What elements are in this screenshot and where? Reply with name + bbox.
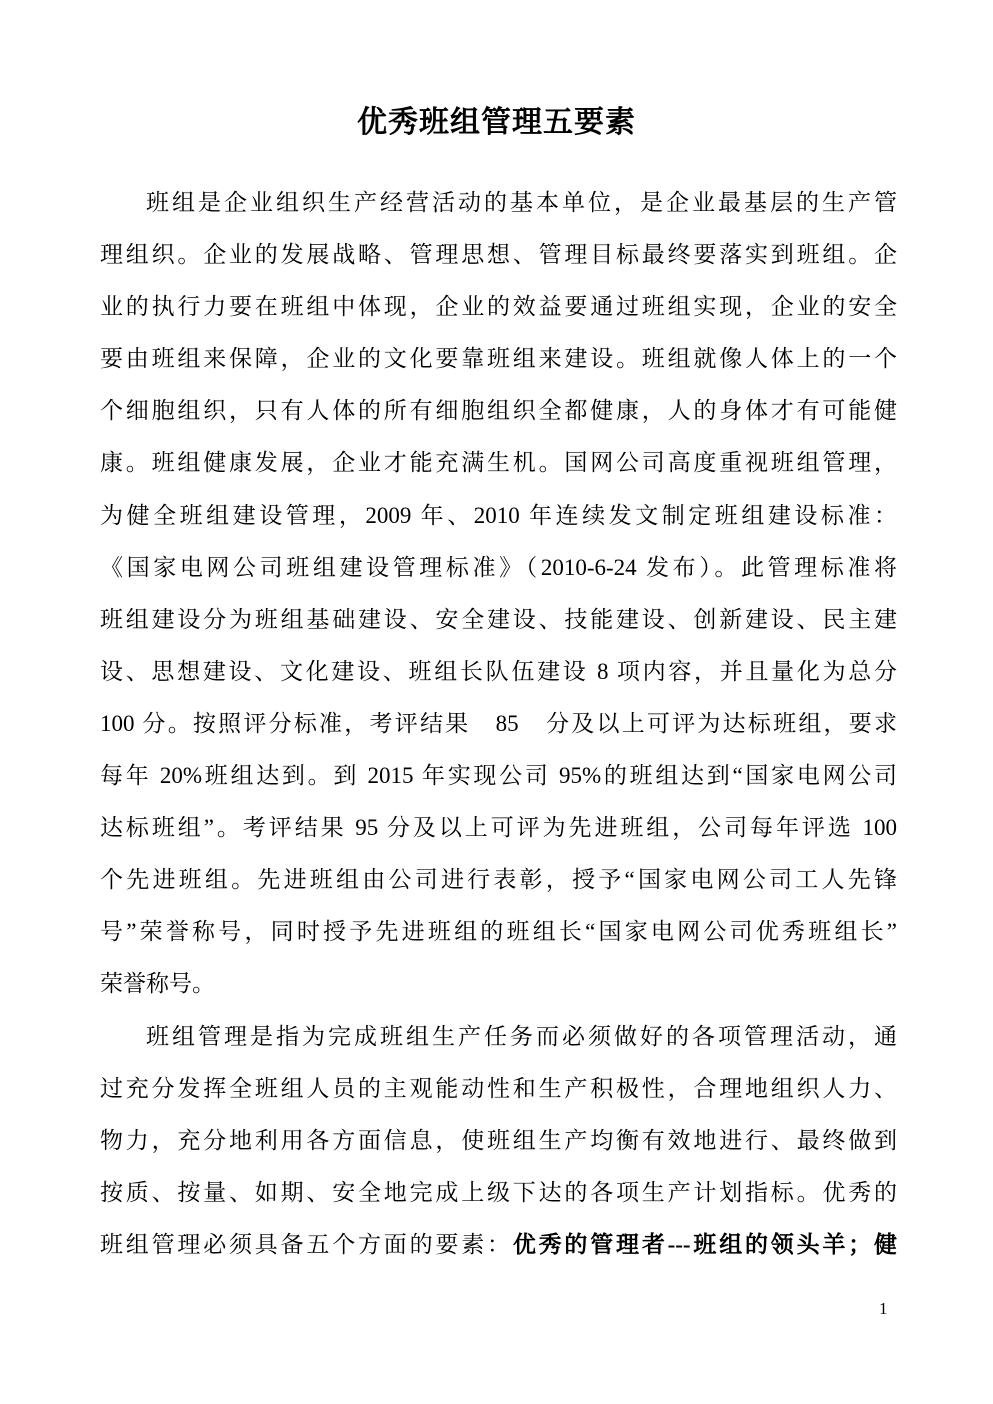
text-line: 物力，充分地利用各方面信息，使班组生产均衡有效地进行、最终做到 <box>100 1115 897 1167</box>
text-line: 康。班组健康发展，企业才能充满生机。国网公司高度重视班组管理， <box>100 437 897 489</box>
text-line: 达标班组”。考评结果 95 分及以上可评为先进班组，公司每年评选 100 <box>100 802 897 854</box>
text-run-regular: 班组管理必须具备五个方面的要素： <box>100 1232 513 1257</box>
text-line: 要由班组来保障，企业的文化要靠班组来建设。班组就像人体上的一个 <box>100 333 897 385</box>
text-line: 班组管理必须具备五个方面的要素：优秀的管理者---班组的领头羊；健 <box>100 1219 897 1271</box>
text-line: 班组管理是指为完成班组生产任务而必须做好的各项管理活动，通 <box>100 1011 897 1063</box>
text-line: 每年 20%班组达到。到 2015 年实现公司 95%的班组达到“国家电网公司 <box>100 750 897 802</box>
text-line: 号”荣誉称号，同时授予先进班组的班组长“国家电网公司优秀班组长” <box>100 906 897 958</box>
text-line: 为健全班组建设管理，2009 年、2010 年连续发文制定班组建设标准： <box>100 490 897 542</box>
text-line: 业的执行力要在班组中体现，企业的效益要通过班组实现，企业的安全 <box>100 281 897 333</box>
text-line: 《国家电网公司班组建设管理标准》（2010-6-24 发布）。此管理标准将 <box>100 542 897 594</box>
text-line: 班组是企业组织生产经营活动的基本单位，是企业最基层的生产管 <box>100 177 897 229</box>
text-run-bold: 优秀的管理者---班组的领头羊；健 <box>513 1232 897 1257</box>
text-line: 个先进班组。先进班组由公司进行表彰，授予“国家电网公司工人先锋 <box>100 854 897 906</box>
text-line: 100 分。按照评分标准，考评结果 85 分及以上可评为达标班组，要求 <box>100 698 897 750</box>
document-title: 优秀班组管理五要素 <box>0 103 993 143</box>
text-line: 个细胞组织，只有人体的所有细胞组织全都健康，人的身体才有可能健 <box>100 385 897 437</box>
text-line: 荣誉称号。 <box>100 958 897 1010</box>
text-line: 理组织。企业的发展战略、管理思想、管理目标最终要落实到班组。企 <box>100 229 897 281</box>
text-line: 过充分发挥全班组人员的主观能动性和生产积极性，合理地组织人力、 <box>100 1063 897 1115</box>
document-page: 优秀班组管理五要素 班组是企业组织生产经营活动的基本单位，是企业最基层的生产管 … <box>0 0 993 1404</box>
text-line: 设、思想建设、文化建设、班组长队伍建设 8 项内容，并且量化为总分 <box>100 646 897 698</box>
text-line: 按质、按量、如期、安全地完成上级下达的各项生产计划指标。优秀的 <box>100 1167 897 1219</box>
page-number: 1 <box>879 1297 888 1321</box>
document-body: 班组是企业组织生产经营活动的基本单位，是企业最基层的生产管 理组织。企业的发展战… <box>100 177 897 1271</box>
text-line: 班组建设分为班组基础建设、安全建设、技能建设、创新建设、民主建 <box>100 594 897 646</box>
